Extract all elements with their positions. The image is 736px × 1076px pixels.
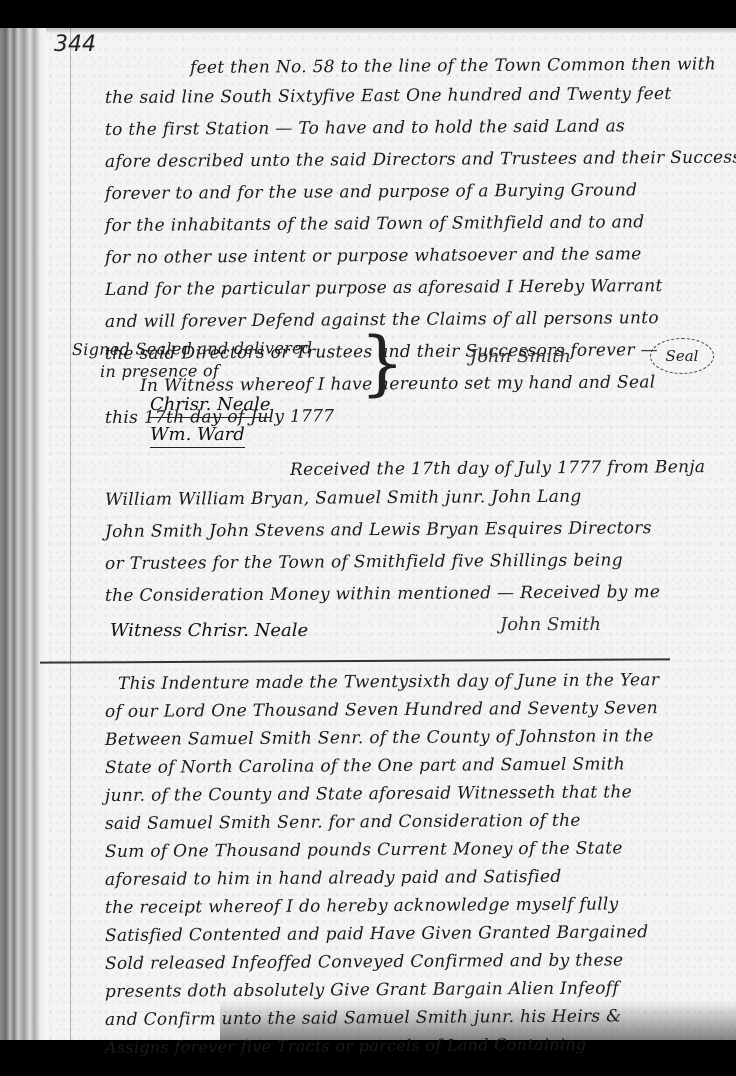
deed-line: feet then No. 58 to the line of the Town… — [190, 54, 716, 78]
deed-line: the said line South Sixtyfive East One h… — [105, 84, 672, 108]
indenture-line: Sum of One Thousand pounds Current Money… — [105, 838, 623, 862]
attestation-line: Signed Sealed and delivered — [72, 338, 313, 359]
brace-mark: } — [360, 328, 405, 398]
section-divider — [40, 658, 670, 663]
deed-line: forever to and for the use and purpose o… — [105, 180, 637, 204]
indenture-line: Between Samuel Smith Senr. of the County… — [105, 726, 654, 750]
book-binding-shadow — [0, 28, 46, 1040]
indenture-line: aforesaid to him in hand already paid an… — [105, 867, 562, 890]
indenture-line: junr. of the County and State aforesaid … — [105, 782, 632, 806]
margin-rule — [70, 28, 71, 1040]
ledger-page: 344 feet then No. 58 to the line of the … — [0, 28, 736, 1040]
deed-line: for the inhabitants of the said Town of … — [105, 212, 645, 236]
indenture-line: of our Lord One Thousand Seven Hundred a… — [105, 698, 658, 722]
indenture-line: State of North Carolina of the One part … — [105, 754, 625, 778]
attestation-line: in presence of — [100, 361, 219, 381]
deed-line: to the first Station — To have and to ho… — [105, 116, 625, 140]
receipt-line: William William Bryan, Samuel Smith junr… — [105, 487, 582, 510]
indenture-line: the receipt whereof I do hereby acknowle… — [105, 894, 619, 918]
indenture-line: Sold released Infeoffed Conveyed Confirm… — [105, 950, 624, 974]
seal-mark: Seal — [650, 338, 714, 374]
page-top-shadow — [0, 28, 736, 34]
indenture-line: This Indenture made the Twentysixth day … — [118, 670, 659, 694]
receipt-witness: Witness Chrisr. Neale — [110, 620, 308, 641]
grantor-signature: John Smith — [470, 346, 571, 367]
deed-line: for no other use intent or purpose whats… — [105, 244, 642, 268]
indenture-line: Satisfied Contented and paid Have Given … — [105, 922, 649, 946]
indenture-line: said Samuel Smith Senr. for and Consider… — [105, 811, 581, 834]
receipt-line: the Consideration Money within mentioned… — [105, 582, 660, 606]
receipt-line: or Trustees for the Town of Smithfield f… — [105, 550, 623, 574]
receipt-signature: John Smith — [500, 614, 601, 635]
witness-signature: Wm. Ward — [150, 424, 245, 448]
receipt-line: John Smith John Stevens and Lewis Bryan … — [105, 518, 652, 542]
receipt-line: Received the 17th day of July 1777 from … — [290, 457, 705, 480]
deed-line: afore described unto the said Directors … — [105, 147, 736, 172]
indenture-line: presents doth absolutely Give Grant Barg… — [105, 978, 619, 1002]
witness-signature: Chrisr. Neale — [150, 394, 271, 418]
indenture-line: and Confirm unto the said Samuel Smith j… — [105, 1006, 622, 1030]
page-number: 344 — [54, 32, 96, 57]
deed-line: Land for the particular purpose as afore… — [105, 276, 663, 300]
indenture-line: Assigns forever five Tracts or parcels o… — [105, 1035, 587, 1057]
